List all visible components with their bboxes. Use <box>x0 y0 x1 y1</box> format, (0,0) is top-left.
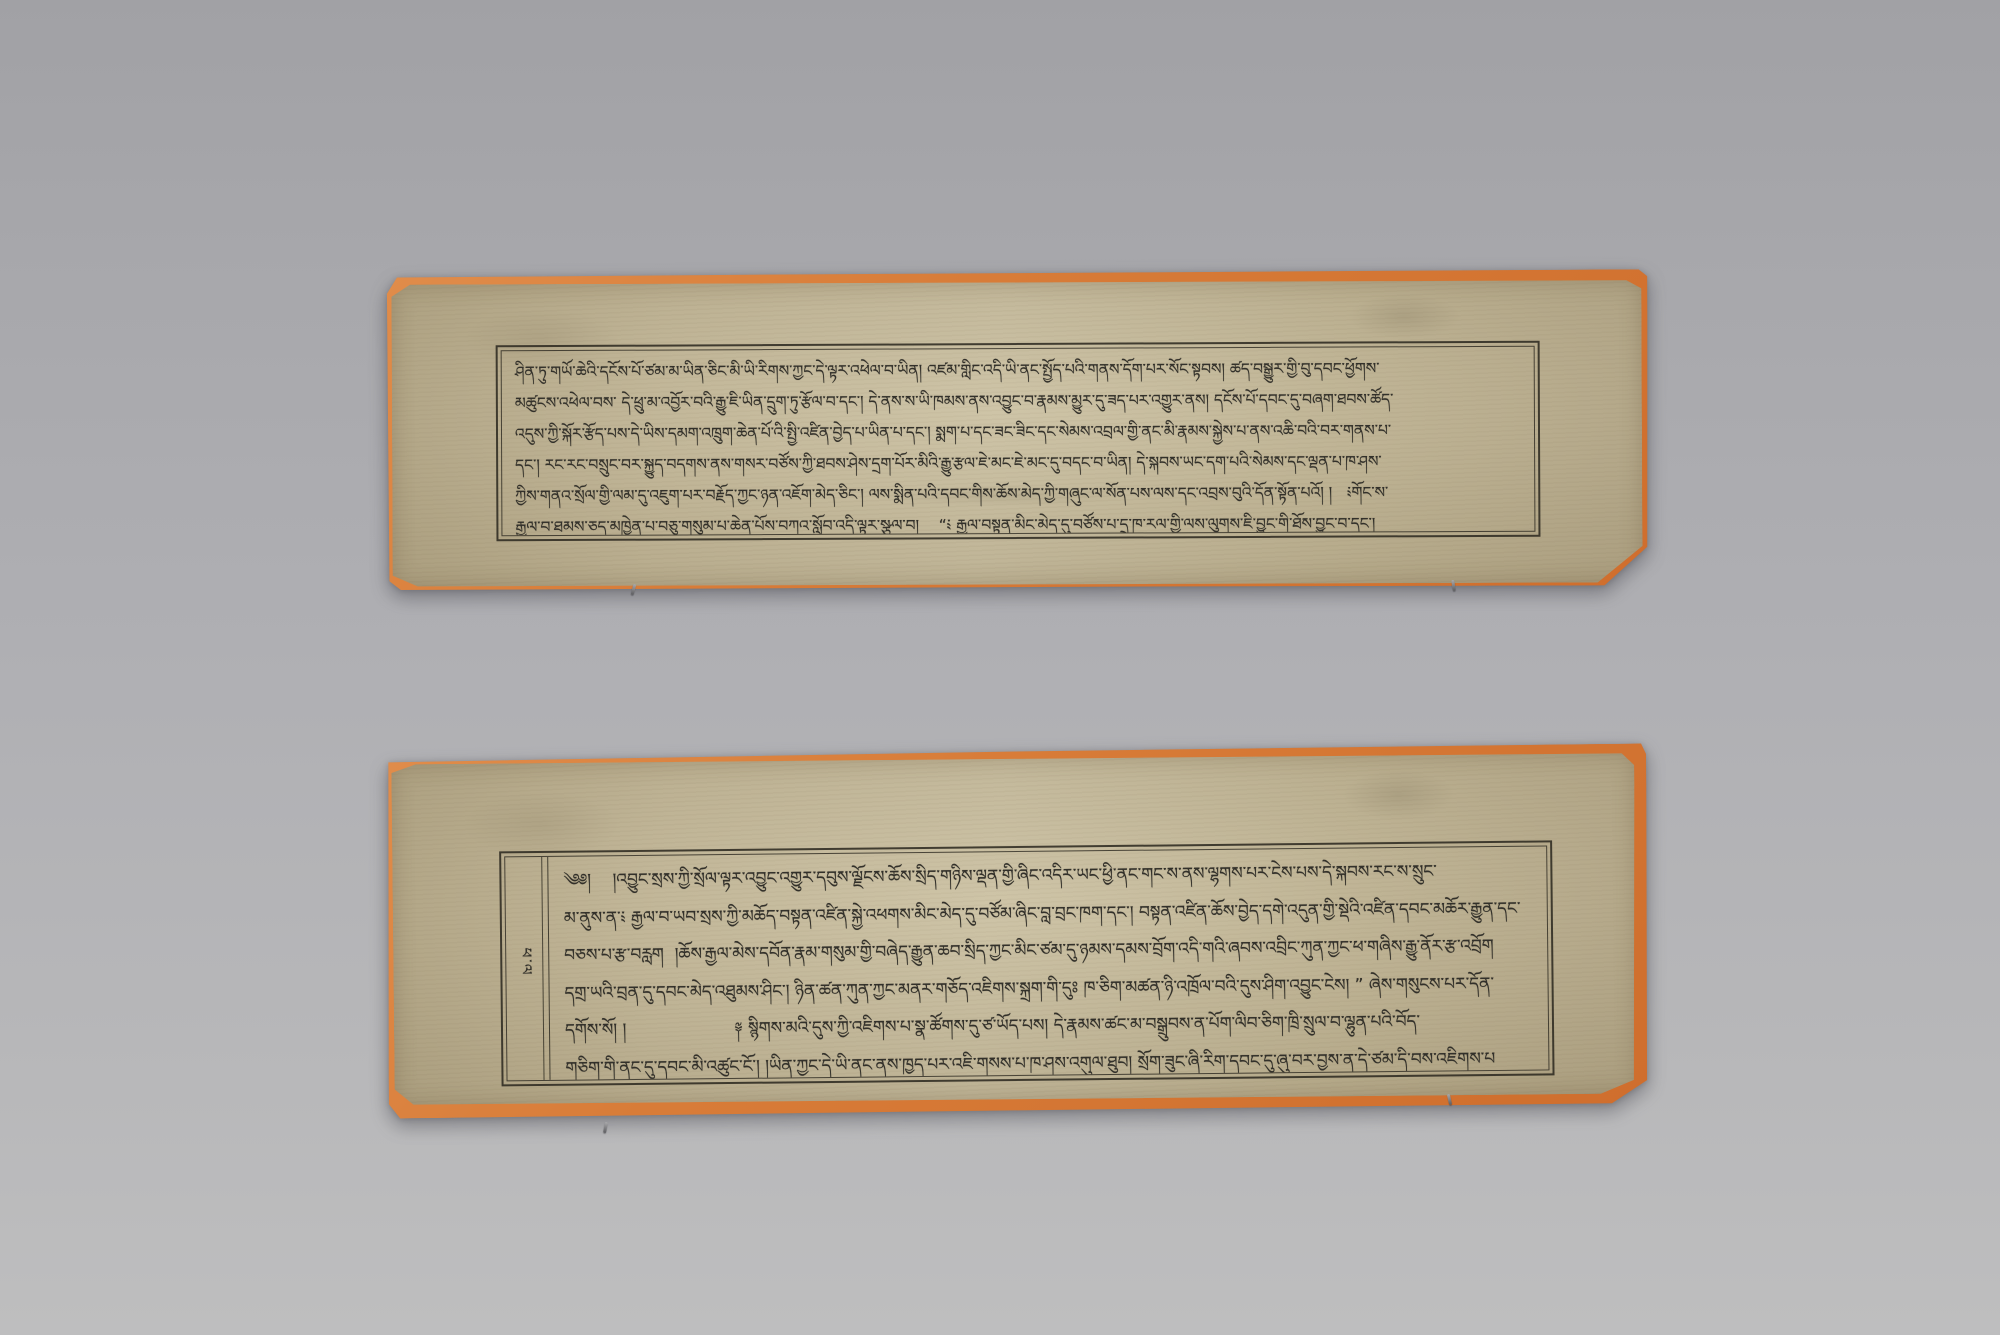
binding-thread <box>603 1122 608 1133</box>
leaf-painted-edge: ཕ་ལ ༄༅། །འབྱུང་སྲས་ཀྱི་སྲོལ་ལྟར་འབྱུང་འག… <box>385 743 1650 1118</box>
text-line: ཀྱིས་གནའ་སྲོལ་གྱི་ལམ་དུ་འཇུག་པར་བརྗོད་ཀྱ… <box>515 477 1521 512</box>
text-frame-inner-rule: ཤིན་ཏུ་གཡོ་ཆེའི་དངོས་པོ་ཙམ་མ་ཡིན་ཅིང་མི་… <box>501 346 1536 537</box>
text-frame: ཕ་ལ ༄༅། །འབྱུང་སྲས་ཀྱི་སྲོལ་ལྟར་འབྱུང་འག… <box>499 840 1554 1086</box>
manuscript-leaf-bottom: ཕ་ལ ༄༅། །འབྱུང་སྲས་ཀྱི་སྲོལ་ལྟར་འབྱུང་འག… <box>387 750 1648 1112</box>
manuscript-leaf-top: ཤིན་ཏུ་གཡོ་ཆེའི་དངོས་པོ་ཙམ་མ་ཡིན་ཅིང་མི་… <box>385 272 1648 588</box>
photo-backdrop: ཤིན་ཏུ་གཡོ་ཆེའི་དངོས་པོ་ཙམ་མ་ཡིན་ཅིང་མི་… <box>0 0 2000 1335</box>
text-line: དང་། རང་རང་བསྲུང་བར་སྐྱུད་བདགས་ནས་གསར་བཙ… <box>515 446 1521 481</box>
text-block: ཤིན་ཏུ་གཡོ་ཆེའི་དངོས་པོ་ཙམ་མ་ཡིན་ཅིང་མི་… <box>502 347 1535 536</box>
text-line: རྒྱལ་བ་ཐམས་ཅད་མཁྱེན་པ་བཅུ་གསུམ་པ་ཆེན་པོས… <box>515 508 1521 536</box>
text-frame-inner-rule: ཕ་ལ ༄༅། །འབྱུང་སྲས་ཀྱི་སྲོལ་ལྟར་འབྱུང་འག… <box>504 845 1549 1081</box>
text-line: ཤིན་ཏུ་གཡོ་ཆེའི་དངོས་པོ་ཙམ་མ་ཡིན་ཅིང་མི་… <box>515 353 1521 388</box>
text-line: འདུས་ཀྱི་སྐོར་རྩོད་པས་དེ་ཡིས་དམག་འཁྲུག་ཆ… <box>515 415 1521 450</box>
text-block: ༄༅། །འབྱུང་སྲས་ཀྱི་སྲོལ་ལྟར་འབྱུང་འགྱུར་… <box>505 846 1548 1080</box>
leaf-painted-edge: ཤིན་ཏུ་གཡོ་ཆེའི་དངོས་པོ་ཙམ་མ་ཡིན་ཅིང་མི་… <box>384 269 1648 591</box>
leaf-paper: ཕ་ལ ༄༅། །འབྱུང་སྲས་ཀྱི་སྲོལ་ལྟར་འབྱུང་འག… <box>391 752 1638 1107</box>
text-frame: ཤིན་ཏུ་གཡོ་ཆེའི་དངོས་པོ་ཙམ་མ་ཡིན་ཅིང་མི་… <box>496 341 1541 542</box>
text-line: མཚུངས་འཕེལ་བས་ དེ་ཕྲུ་མ་འབྱོར་བའི་རྒྱུ་ཇ… <box>515 384 1521 419</box>
leaf-paper: ཤིན་ཏུ་གཡོ་ཆེའི་དངོས་པོ་ཙམ་མ་ཡིན་ཅིང་མི་… <box>391 279 1642 587</box>
